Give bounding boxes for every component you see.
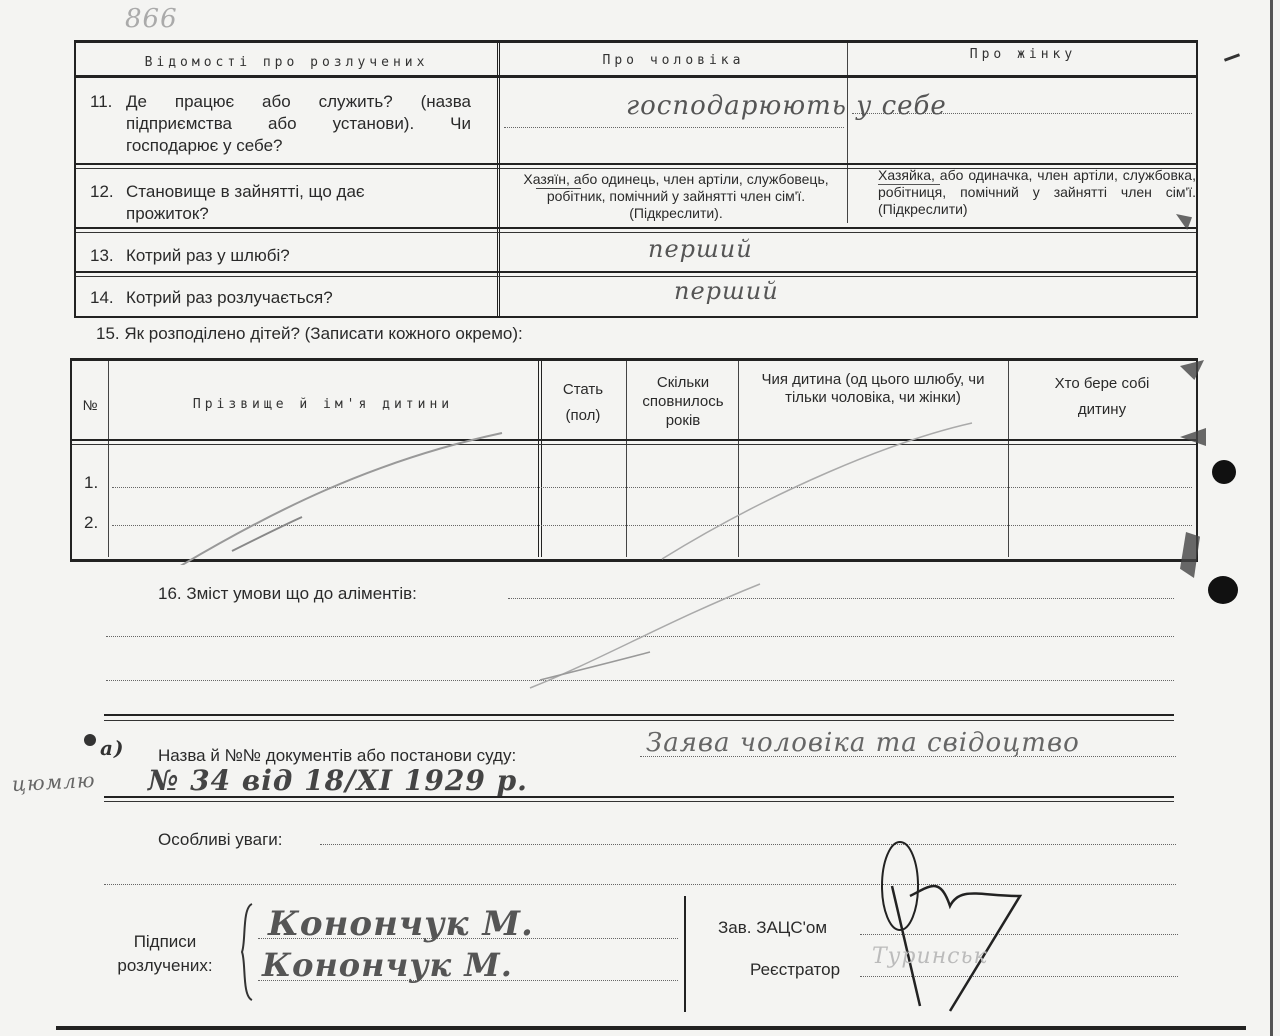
row-14-question: Котрий раз розлучається?	[126, 287, 333, 309]
head-signature: Ярош	[930, 880, 937, 881]
cross-out-strokes	[72, 361, 1196, 565]
header-husband: Про чоловіка	[500, 53, 847, 68]
header-wife: Про жінку	[848, 47, 1198, 62]
divider	[76, 163, 1196, 165]
documents-value-line-2: № 34 від 18/XI 1929 р.	[148, 764, 528, 797]
ink-blot	[1212, 460, 1236, 484]
row-14-answer: перший	[674, 277, 779, 305]
row-13-answer: перший	[648, 235, 753, 263]
divider	[104, 796, 1174, 798]
bottom-border	[56, 1026, 1246, 1030]
wife-underline	[878, 184, 940, 185]
row-12-wife-options: Хазяйка, або одиначка, член артіли, служ…	[878, 167, 1196, 218]
children-section-title: 15. Як розподілено дітей? (Записати кожн…	[96, 324, 523, 344]
signatures-label-line-2: розлучених:	[100, 954, 230, 978]
signatures-label: Підписи розлучених:	[100, 930, 230, 978]
registrar-label: Реєстратор	[750, 960, 840, 980]
divider	[104, 714, 1174, 716]
row-13-question: Котрий раз у шлюбі?	[126, 245, 290, 267]
ink-blot	[84, 734, 96, 746]
margin-mark	[1224, 53, 1240, 61]
signature-divider	[684, 896, 686, 1012]
documents-field-line[interactable]	[640, 756, 1176, 757]
row-11-question: Де працює або служить? (назва підприємст…	[126, 91, 471, 157]
row-14-number: 14.	[90, 287, 114, 309]
page-binding-edge	[1270, 0, 1273, 1036]
divider	[76, 232, 1196, 233]
brace-icon	[236, 902, 256, 1002]
divider	[104, 720, 1174, 721]
divider	[76, 227, 1196, 229]
margin-note-top: 866	[125, 4, 178, 34]
divider	[76, 75, 1196, 78]
signatures-label-line-1: Підписи	[100, 930, 230, 954]
divider	[76, 271, 1196, 273]
alimony-cross-out	[520, 580, 780, 700]
row-11-number: 11.	[90, 91, 114, 113]
row-11-answer-line	[504, 127, 844, 128]
row-13-number: 13.	[90, 245, 114, 267]
row-12-number: 12.	[90, 181, 114, 203]
divorcee-info-table: Відомості про розлучених Про чоловіка Пр…	[74, 40, 1198, 318]
head-label: Зав. ЗАЦС'ом	[718, 918, 827, 938]
signature-1: Конончук М.	[268, 904, 534, 944]
signature-2: Конончук М.	[262, 946, 513, 984]
head-signature-stroke	[870, 836, 1040, 1016]
registrar-signature: Туринськ	[872, 944, 988, 969]
row-11-answer: господарюють у себе	[626, 91, 947, 121]
divider	[104, 801, 1174, 802]
row-12-question: Становище в зайнятті, що дає прожиток?	[126, 181, 446, 225]
special-notes-field-line-1[interactable]	[320, 844, 1176, 845]
ink-blot	[1208, 576, 1238, 604]
divider	[76, 276, 1196, 277]
documents-value-prefix: цюмлю	[11, 768, 96, 796]
special-notes-label: Особливі уваги:	[158, 830, 283, 850]
column-divider	[847, 43, 848, 223]
documents-value-line-1: Заява чоловіка та свідоцтво	[646, 728, 1080, 758]
documents-margin-mark: а)	[100, 736, 124, 760]
documents-label: Назва й №№ документів або постанови суду…	[158, 746, 516, 766]
alimony-label: 16. Зміст умови що до аліментів:	[158, 584, 417, 604]
header-info: Відомості про розлучених	[76, 55, 497, 70]
children-table: № Прізвище й ім'я дитини Стать (пол) Скі…	[70, 358, 1198, 562]
husband-underline	[536, 188, 581, 189]
row-12-husband-options: Хазяїн, або одинець, член артіли, службо…	[516, 171, 836, 222]
